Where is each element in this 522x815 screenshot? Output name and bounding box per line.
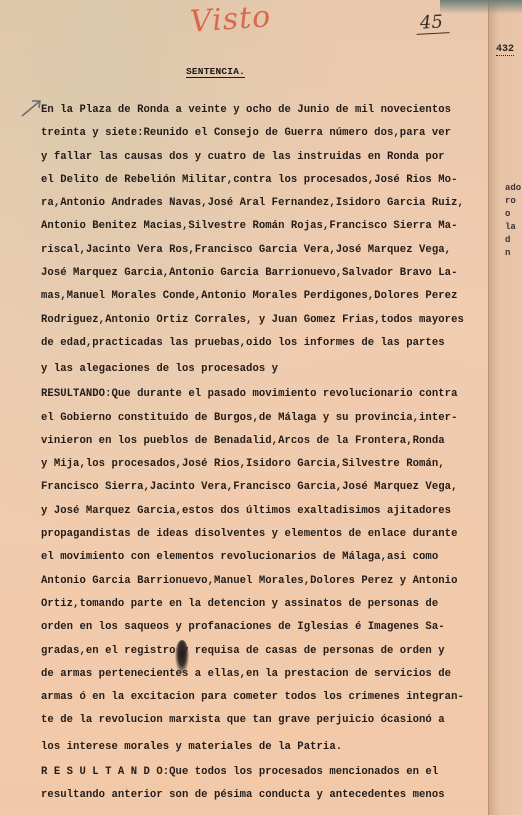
- text-line: el Delito de Rebelión Militar,contra los…: [41, 169, 491, 192]
- text-line: vinieron en los pueblos de Benadalid,Arc…: [41, 430, 491, 453]
- margin-fragment: n: [505, 248, 522, 261]
- margin-fragment: ado: [505, 183, 522, 196]
- text-line: R E S U L T A N D O:Que todos los proces…: [41, 761, 491, 784]
- text-line: riscal,Jacinto Vera Ros,Francisco Garcia…: [41, 239, 491, 262]
- text-line: mas,Manuel Morales Conde,Antonio Morales…: [41, 285, 491, 308]
- text-line: de armas pertenecientes a ellas,en la pr…: [41, 663, 491, 686]
- sentence-body: En la Plaza de Ronda a veinte y ocho de …: [41, 99, 491, 807]
- text-line: RESULTANDO:Que durante el pasado movimie…: [41, 383, 491, 406]
- text-line: Antonio Benitez Macias,Silvestre Román R…: [41, 215, 491, 238]
- text-line: Francisco Sierra,Jacinto Vera,Francisco …: [41, 476, 491, 499]
- text-line: y fallar las causas dos y cuatro de las …: [41, 146, 491, 169]
- margin-fragment: o: [505, 209, 522, 222]
- text-line: Rodriguez,Antonio Ortiz Corrales, y Juan…: [41, 309, 491, 332]
- text-line: gradas,en el registro y requisa de casas…: [41, 640, 491, 663]
- text-line: treinta y siete:Reunido el Consejo de Gu…: [41, 122, 491, 145]
- visto-handwritten-stamp: Visto: [189, 0, 272, 40]
- text-line: el Gobierno constituido de Burgos,de Mál…: [41, 407, 491, 430]
- text-line: José Marquez Garcia,Antonio Garcia Barri…: [41, 262, 491, 285]
- text-line: orden en los saqueos y profanaciones de …: [41, 616, 491, 639]
- text-line: y Mija,los procesados,José Rios,Isidoro …: [41, 453, 491, 476]
- margin-fragment: d: [505, 235, 522, 248]
- text-line: y las alegaciones de los procesados y: [41, 355, 491, 383]
- text-line: Ortiz,tomando parte en la detencion y as…: [41, 593, 491, 616]
- ink-blot: [175, 640, 189, 674]
- text-line: el movimiento con elementos revolucionar…: [41, 546, 491, 569]
- folio-number: 45: [415, 11, 449, 35]
- text-line: de edad,practicadas las pruebas,oido los…: [41, 332, 491, 355]
- adjacent-page-margin-text: adorooladn: [505, 183, 522, 261]
- text-line: propagandistas de ideas disolventes y el…: [41, 523, 491, 546]
- scan-shadow: [440, 0, 522, 14]
- text-line: los interese morales y materiales de la …: [41, 733, 491, 761]
- adjacent-page-edge: [488, 0, 522, 815]
- document-title: SENTENCIA.: [186, 66, 245, 78]
- text-line: En la Plaza de Ronda a veinte y ocho de …: [41, 99, 491, 122]
- margin-fragment: ro: [505, 196, 522, 209]
- text-line: Antonio Garcia Barrionuevo,Manuel Morale…: [41, 570, 491, 593]
- text-line: te de la revolucion marxista que tan gra…: [41, 709, 491, 732]
- text-line: armas ó en la excitacion para cometer to…: [41, 686, 491, 709]
- text-line: ra,Antonio Andrades Navas,José Aral Fern…: [41, 192, 491, 215]
- margin-fragment: la: [505, 222, 522, 235]
- text-line: y José Marquez Garcia,estos dos últimos …: [41, 500, 491, 523]
- archive-number: 432: [496, 44, 514, 56]
- text-line: resultando anterior son de pésima conduc…: [41, 784, 491, 807]
